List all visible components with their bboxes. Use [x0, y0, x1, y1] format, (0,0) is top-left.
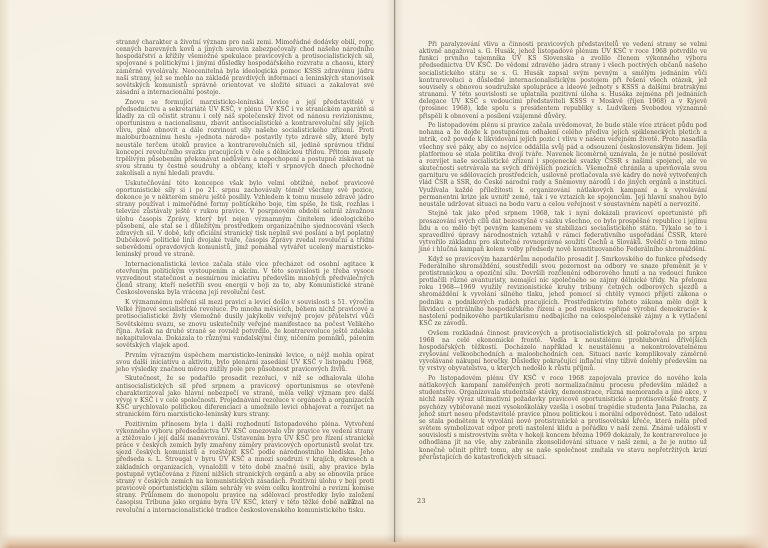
- page-number-left: 22: [347, 498, 356, 506]
- paragraph: Když se pravicovým hazardérům nepodařilo…: [419, 256, 707, 328]
- paragraph: Stejně tak jako před srpnem 1968, tak i …: [419, 210, 707, 253]
- paragraph: Pozitivním přínosem byla i další rozhodn…: [116, 421, 374, 514]
- page-gutter-line: [394, 0, 395, 542]
- paragraph: Po listopadovém plénu si pravice začala …: [419, 122, 707, 208]
- paragraph: Prvním výrazným úspěchem marxisticko-len…: [116, 352, 374, 373]
- paragraph: Znovu se formující marxisticko-leninská …: [116, 99, 374, 178]
- paragraph: stranný charakter a životní význam pro n…: [116, 39, 374, 96]
- paragraph: Skutečnost, že se podařilo prosadit rezo…: [116, 375, 374, 418]
- right-page-text-column: Při paralyzování vlivu a činnosti pravic…: [419, 41, 707, 463]
- left-page-text-column: stranný charakter a životní význam pro n…: [116, 39, 374, 516]
- paragraph: Internacionalistická levice začala stále…: [116, 261, 374, 297]
- book-spread-scan: stranný charakter a životní význam pro n…: [0, 0, 768, 548]
- page-number-right: 23: [417, 497, 426, 505]
- paragraph: Po listopadovém plénu ÚV KSČ v roce 1968…: [419, 375, 707, 461]
- paragraph: Ovšem rozkladná činnost pravicových a pr…: [419, 330, 707, 373]
- paragraph: Uskutečňování této koncepce však bylo ve…: [116, 180, 374, 259]
- paragraph: K významnému měření sil mezi pravicí a l…: [116, 299, 374, 349]
- paragraph: Při paralyzování vlivu a činnosti pravic…: [419, 41, 707, 120]
